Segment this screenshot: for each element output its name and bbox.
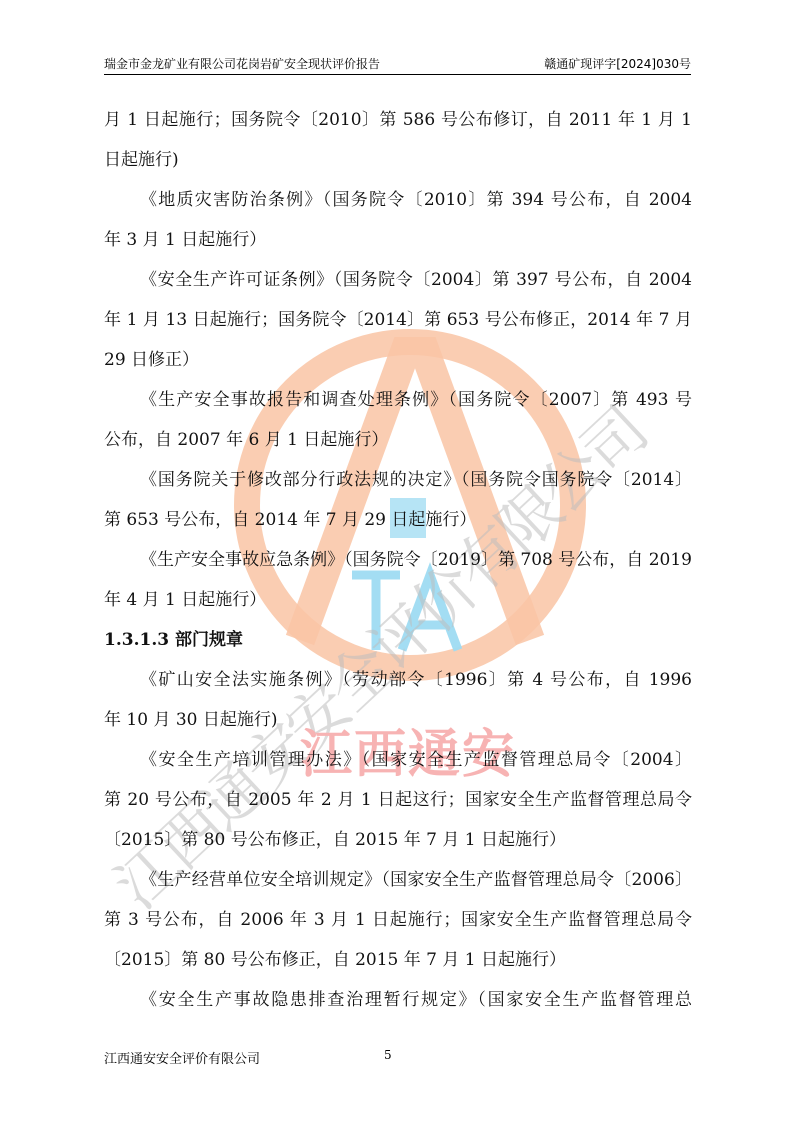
text-line: 《矿山安全法实施条例》（劳动部令〔1996〕第 4 号公布，自 1996 xyxy=(104,660,692,700)
text-line: 第 653 号公布，自 2014 年 7 月 29 日起施行） xyxy=(104,500,692,540)
text-line: 《地质灾害防治条例》（国务院令〔2010〕第 394 号公布，自 2004 xyxy=(104,180,692,220)
text-line: 〔2015〕第 80 号公布修正，自 2015 年 7 月 1 日起施行） xyxy=(104,940,692,980)
text-line: 《生产经营单位安全培训规定》（国家安全生产监督管理总局令〔2006〕 xyxy=(104,860,692,900)
text-line: 《安全生产培训管理办法》（国家安全生产监督管理总局令〔2004〕 xyxy=(104,740,692,780)
text-line: 《安全生产许可证条例》（国务院令〔2004〕第 397 号公布，自 2004 xyxy=(104,260,692,300)
text-line: 第 3 号公布，自 2006 年 3 月 1 日起施行；国家安全生产监督管理总局… xyxy=(104,900,692,940)
text-line: 《生产安全事故应急条例》（国务院令〔2019〕第 708 号公布，自 2019 xyxy=(104,540,692,580)
text-line: 年 4 月 1 日起施行） xyxy=(104,580,692,620)
text-line: 《生产安全事故报告和调查处理条例》（国务院令〔2007〕第 493 号 xyxy=(104,380,692,420)
text-line: 29 日修正） xyxy=(104,340,692,380)
footer-company: 江西通安安全评价有限公司 xyxy=(104,1048,260,1067)
document-body: 月 1 日起施行；国务院令〔2010〕第 586 号公布修订，自 2011 年 … xyxy=(104,100,692,1020)
text-line: 《国务院关于修改部分行政法规的决定》（国务院令国务院令〔2014〕 xyxy=(104,460,692,500)
text-line: 年 10 月 30 日起施行) xyxy=(104,700,692,740)
text-line: 〔2015〕第 80 号公布修正，自 2015 年 7 月 1 日起施行） xyxy=(104,820,692,860)
page-header: 瑞金市金龙矿业有限公司花岗岩矿安全现状评价报告 赣通矿现评字[2024]030号 xyxy=(104,55,691,75)
report-title: 瑞金市金龙矿业有限公司花岗岩矿安全现状评价报告 xyxy=(104,56,380,72)
report-number: 赣通矿现评字[2024]030号 xyxy=(544,56,691,72)
text-line: 日起施行) xyxy=(104,140,692,180)
text-line: 第 20 号公布，自 2005 年 2 月 1 日起这行；国家安全生产监督管理总… xyxy=(104,780,692,820)
text-line: 年 1 月 13 日起施行；国务院令〔2014〕第 653 号公布修正，2014… xyxy=(104,300,692,340)
text-line: 《安全生产事故隐患排查治理暂行规定》（国家安全生产监督管理总 xyxy=(104,980,692,1020)
section-heading: 1.3.1.3 部门规章 xyxy=(104,620,692,660)
document-page: 瑞金市金龙矿业有限公司花岗岩矿安全现状评价报告 赣通矿现评字[2024]030号… xyxy=(0,0,793,1122)
text-line: 公布，自 2007 年 6 月 1 日起施行） xyxy=(104,420,692,460)
text-line: 月 1 日起施行；国务院令〔2010〕第 586 号公布修订，自 2011 年 … xyxy=(104,100,692,140)
text-line: 年 3 月 1 日起施行） xyxy=(104,220,692,260)
page-number: 5 xyxy=(384,1048,392,1062)
